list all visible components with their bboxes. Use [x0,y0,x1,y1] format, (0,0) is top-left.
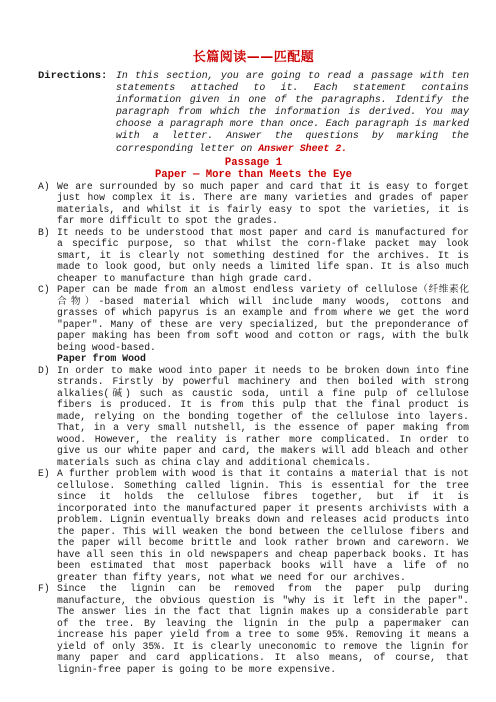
paragraph-c: C) Paper can be made from an almost endl… [38,284,469,353]
paragraph-a: A) We are surrounded by so much paper an… [38,181,469,227]
paragraph-d-label: D) [38,365,50,377]
answer-sheet-ref: Answer Sheet 2 [258,143,341,154]
paragraph-d-text: In order to make wood into paper it need… [57,365,469,468]
paragraph-b-label: B) [38,227,50,239]
paragraph-c-text: Paper can be made from an almost endless… [57,284,469,353]
paragraph-a-label: A) [38,181,50,193]
paragraph-a-text: We are surrounded by so much paper and c… [57,181,469,227]
paragraph-e-text: A further problem with wood is that it c… [57,468,469,583]
answer-sheet-ref-period: . [341,143,347,154]
paragraph-b-text: It needs to be understood that most pape… [57,227,469,284]
paragraph-b: B) It needs to be understood that most p… [38,227,469,285]
directions-text: In this section, you are going to read a… [116,70,469,154]
paragraph-f: F) Since the lignin can be removed from … [38,583,469,675]
paragraph-c-label: C) [38,284,50,296]
section-subheading: Paper from Wood [38,353,469,365]
passage-title: Paper — More than Meets the Eye [38,169,469,181]
document-page: 长篇阅读——匹配题 Directions:In this section, yo… [0,0,496,702]
directions-label: Directions: [38,70,107,82]
paragraph-e-label: E) [38,468,50,480]
directions-block: Directions:In this section, you are goin… [38,70,469,155]
paragraph-f-text: Since the lignin can be removed from the… [57,583,469,675]
paragraph-e: E) A further problem with wood is that i… [38,468,469,583]
passage-heading: Passage 1 [38,157,469,169]
doc-title: 长篇阅读——匹配题 [38,46,469,65]
paragraph-f-label: F) [38,583,50,595]
paragraph-d: D) In order to make wood into paper it n… [38,365,469,469]
